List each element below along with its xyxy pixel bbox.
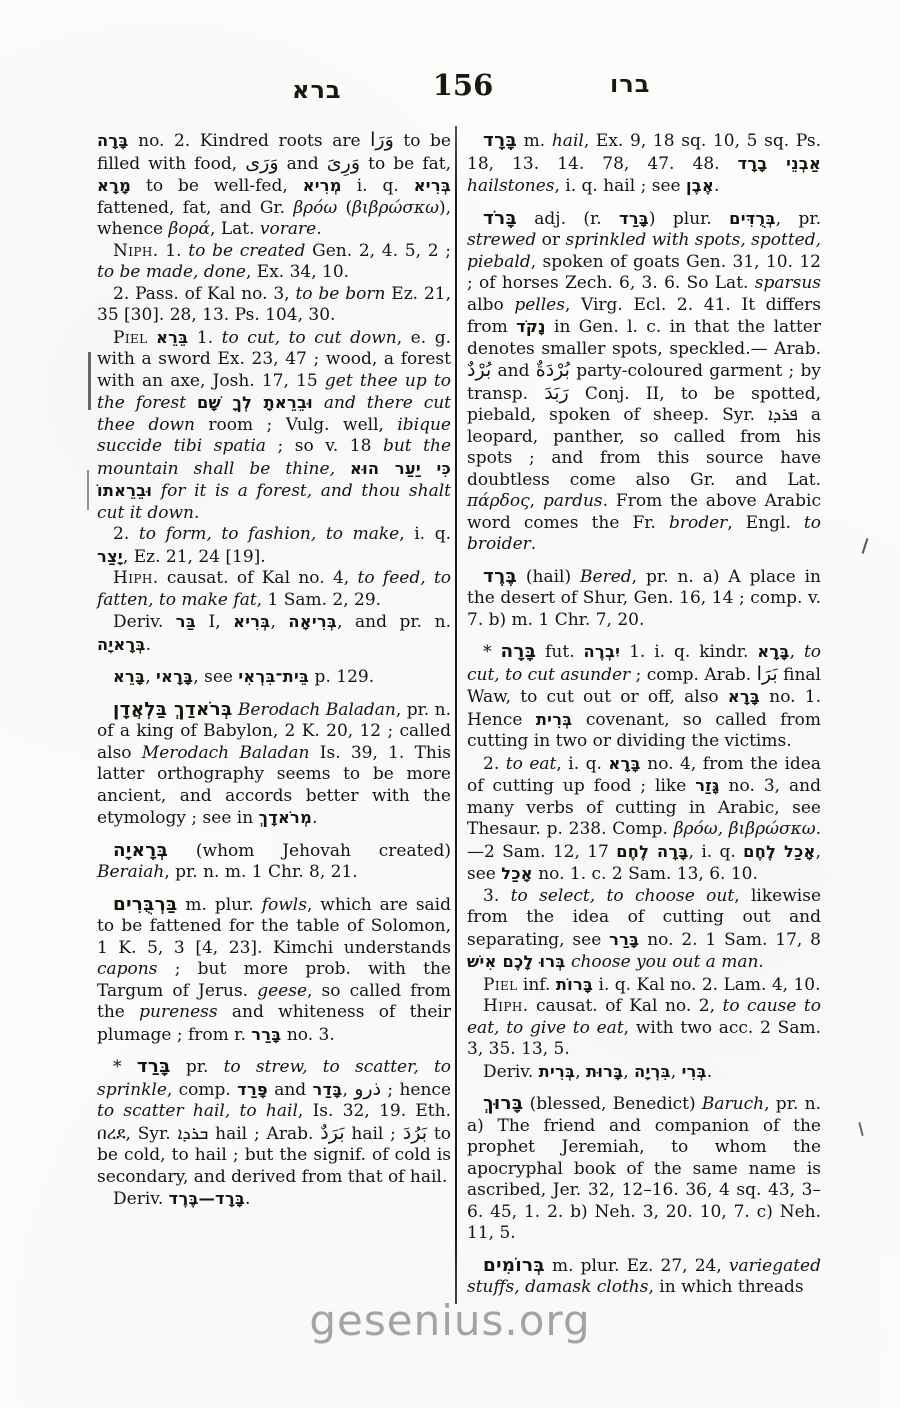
hebrew-text: בָּרָא	[728, 687, 760, 706]
latin-text: to be well-fed,	[131, 176, 303, 196]
italic-text: hailstones	[467, 176, 554, 196]
latin-text: , pr. n. m. 1 Chr. 8, 21.	[164, 862, 357, 882]
smallcaps-text: Niph.	[113, 241, 159, 261]
entry-paragraph: Piel בֵּרֵא 1. to cut, to cut down, e. g…	[97, 327, 451, 525]
latin-text: , Lat.	[210, 219, 260, 239]
latin-text: fattened, fat, and Gr.	[97, 198, 293, 218]
italic-text: Bered	[580, 567, 632, 587]
latin-text: no. 3.	[281, 1025, 334, 1045]
entry-paragraph: Hiph. causat. of Kal no. 2, to cause to …	[467, 996, 821, 1061]
latin-text: adj. (r.	[517, 209, 619, 229]
italic-text: fowls	[262, 895, 307, 915]
hebrew-text: וּבֵרֵאתָ לְךָ שָׁם	[197, 393, 313, 412]
smallcaps-text: Hiph.	[483, 996, 529, 1016]
italic-text: pelles	[514, 295, 565, 315]
italic-text: Beraiah	[97, 862, 164, 882]
latin-text: albo	[467, 295, 514, 315]
hebrew-text: יִבְרֶה	[584, 642, 621, 661]
latin-text: ; comp. Arab.	[630, 665, 756, 685]
latin-text: *	[113, 1057, 137, 1077]
arabic-text: بُرْدَةٌ	[536, 359, 570, 381]
running-head: ברא 156 ברו	[0, 68, 900, 114]
entry-paragraph: 2. Pass. of Kal no. 3, to be born Ez. 21…	[97, 284, 451, 327]
latin-text: no. 1. c. 2 Sam. 13, 6. 10.	[533, 864, 758, 884]
latin-text: ,	[530, 491, 543, 511]
latin-text: , Ex. 34, 10.	[246, 262, 349, 282]
hebrew-headword: בֶּרֶד	[483, 566, 517, 587]
latin-text: (blessed, Benedict)	[523, 1094, 702, 1114]
latin-text: and	[279, 154, 327, 174]
latin-text: ,	[342, 1080, 354, 1100]
latin-text: room ; Vulg. well,	[195, 415, 397, 435]
hebrew-text: בֵּית־בִּרְאִי	[238, 667, 309, 686]
latin-text: 2. Pass. of Kal no. 3,	[113, 284, 295, 304]
latin-text: , i. q. hail ; see	[554, 176, 685, 196]
latin-text: , i. q.	[399, 524, 451, 544]
latin-text: (whom Jehovah created)	[168, 841, 451, 861]
hebrew-headword: בְּרוֹמִים	[483, 1255, 545, 1276]
hebrew-text: בָּרָה	[97, 131, 129, 150]
entry-paragraph: בֶּרֶד (hail) Bered, pr. n. a) A place i…	[467, 566, 821, 632]
latin-text: .	[312, 808, 317, 828]
entry-paragraph: Niph. 1. to be created Gen. 2, 4. 5, 2 ;…	[97, 241, 451, 284]
hebrew-text: בָּרֵא	[113, 667, 145, 686]
latin-text: , Ez. 21, 24 [19].	[123, 547, 266, 567]
latin-text	[148, 328, 157, 348]
hebrew-text: מְרֹאדָךְ	[259, 808, 312, 827]
latin-text: .	[707, 1062, 712, 1082]
scan-artifact	[858, 1122, 863, 1136]
arabic-text: رَبَدَ	[544, 382, 568, 404]
latin-text: 2.	[113, 524, 139, 544]
latin-text	[152, 481, 161, 501]
smallcaps-text: Piel	[113, 328, 148, 348]
hebrew-text: בְּרִיא	[414, 176, 451, 195]
latin-text: p. 129.	[309, 667, 374, 687]
smallcaps-text: Piel	[483, 975, 518, 995]
hebrew-text: בָּרַד	[619, 209, 649, 228]
entry-paragraph: Deriv. בְּרִית, בָּרוּת, בִּרְיָה, בְּרִ…	[467, 1061, 821, 1084]
entry-paragraph: 3. to select, to choose out, likewise fr…	[467, 886, 821, 974]
entry-paragraph: בָּרֹד adj. (r. בָּרַד) plur. בְּרֻדִּים…	[467, 208, 821, 556]
latin-text: causat. of Kal no. 4,	[159, 568, 358, 588]
italic-text: capons	[97, 959, 157, 979]
arabic-text: ذرو	[354, 1078, 381, 1100]
hebrew-text: בָּרָאי	[156, 667, 193, 686]
italic-text: to form, to fashion, to make	[139, 524, 399, 544]
arabic-text: بُرْدٌ	[467, 359, 491, 381]
hebrew-text: בָּרָה לֶחֶם	[616, 842, 688, 861]
left-column: בָּרָה no. 2. Kindred roots are وَرَا to…	[97, 130, 451, 1211]
latin-text: m. plur. Ez. 27, 24,	[545, 1256, 729, 1276]
hebrew-text: אָכַל	[501, 864, 533, 883]
latin-text: hail ;	[345, 1124, 403, 1144]
latin-text: 1.	[159, 241, 189, 261]
latin-text	[313, 393, 324, 413]
hebrew-headword: בְּרֹאדַךְ בַּלְאֲדָן	[113, 699, 232, 720]
latin-text: m.	[517, 131, 552, 151]
latin-text: ,	[145, 667, 156, 687]
latin-text: , pr. n. a) The friend and companion of …	[467, 1094, 821, 1243]
hebrew-text: אֶבֶן	[686, 176, 714, 195]
scan-artifact	[862, 538, 869, 554]
italic-text: vorare	[260, 219, 316, 239]
hebrew-text: נָקֹד	[516, 317, 546, 336]
hebrew-text: בָּרָא	[609, 754, 641, 773]
italic-text: strewed	[467, 230, 536, 250]
latin-text: , i. q.	[556, 754, 608, 774]
hebrew-text: יָצַר	[97, 547, 123, 566]
latin-text: , Syr.	[126, 1124, 178, 1144]
hebrew-text: מְרִיא	[303, 176, 342, 195]
hebrew-text: בְּרוּ לָכֶם אִישׁ	[467, 952, 566, 971]
latin-text: ,	[270, 612, 288, 632]
hebrew-text: פָּרַד	[237, 1080, 268, 1099]
entry-paragraph: בַּרְבֻּרִים m. plur. fowls, which are s…	[97, 894, 451, 1047]
arabic-text: بَرُدَ	[403, 1122, 427, 1144]
page-number: 156	[428, 68, 498, 102]
latin-text: .	[146, 635, 151, 655]
column-divider-rule	[455, 126, 457, 1304]
entry-paragraph: בְּרוֹמִים m. plur. Ez. 27, 24, variegat…	[467, 1255, 821, 1299]
entry-paragraph: בְּרֹאדַךְ בַּלְאֲדָן Berodach Baladan, …	[97, 699, 451, 830]
latin-text: or	[536, 230, 565, 250]
italic-text: Baruch	[702, 1094, 764, 1114]
arabic-text: بَرَدٌ	[320, 1122, 344, 1144]
latin-text: Deriv.	[483, 1062, 539, 1082]
latin-text: ,	[671, 1062, 682, 1082]
italic-text: to select, to choose out	[511, 886, 735, 906]
greek-text: πάρδος	[467, 491, 530, 511]
entry-paragraph: Deriv. בַּר I, בְּרִיא, בְּרִיאָה, and p…	[97, 611, 451, 656]
hebrew-text: בָּרַר	[609, 930, 639, 949]
greek-text: βιβρώσκω	[352, 198, 439, 218]
entry-paragraph: Hiph. causat. of Kal no. 4, to feed, to …	[97, 568, 451, 611]
hebrew-text: בְּרָאיָה	[97, 635, 146, 654]
latin-text: Deriv.	[113, 1189, 169, 1209]
latin-text: .	[714, 176, 719, 196]
italic-text: to be born	[295, 284, 385, 304]
italic-text: geese	[257, 981, 307, 1001]
latin-text: , Engl.	[727, 513, 804, 533]
latin-text: ,	[790, 642, 804, 662]
latin-text: *	[483, 642, 500, 662]
hebrew-text: בֵּרֵא	[156, 328, 188, 347]
entry-paragraph: 2. to eat, i. q. בָּרָא no. 4, from the …	[467, 753, 821, 886]
latin-text: ,	[575, 1062, 586, 1082]
scan-artifact	[88, 352, 91, 410]
latin-text: .	[245, 1189, 250, 1209]
hebrew-text: בָּרָד—בֶּרֶד	[169, 1189, 245, 1208]
foreign-script-text: ܦܪܕܐ	[768, 405, 798, 425]
entry-paragraph: בָּרֵא, בָּרָאי, see בֵּית־בִּרְאִי p. 1…	[97, 666, 451, 689]
latin-text: 1.	[188, 328, 221, 348]
hebrew-text: בָּרוּת	[586, 1062, 623, 1081]
entry-paragraph: בָּרָד m. hail, Ex. 9, 18 sq. 10, 5 sq. …	[467, 130, 821, 198]
entry-paragraph: בְּרָאיָה (whom Jehovah created) Beraiah…	[97, 840, 451, 884]
hebrew-text: בְּרֻדִּים	[729, 209, 776, 228]
entry-paragraph: Deriv. בָּרָד—בֶּרֶד.	[97, 1188, 451, 1211]
italic-text: Berodach Baladan	[238, 700, 396, 720]
latin-text: .	[316, 219, 321, 239]
latin-text: ) plur.	[649, 209, 729, 229]
latin-text: , comp.	[167, 1080, 237, 1100]
hebrew-text: בָּרוֹת	[556, 975, 593, 994]
latin-text: i. q.	[342, 176, 414, 196]
latin-text: , i. q.	[689, 842, 744, 862]
hebrew-headword: בָּרָה	[500, 641, 536, 662]
hebrew-text: אָכַל לֶחֶם	[743, 842, 815, 861]
greek-text: βρόω, βιβρώσκω	[674, 819, 816, 839]
hebrew-text: בָּרַר	[251, 1025, 281, 1044]
hebrew-text: בְּרִיאָה	[288, 612, 337, 631]
scanned-lexicon-page: { "header": { "left_keyword": "ברא", "pa…	[0, 0, 900, 1408]
latin-text: Gen. 2, 4. 5, 2 ;	[305, 241, 451, 261]
hebrew-text: מָרָא	[97, 176, 131, 195]
italic-text: to scatter hail, to hail	[97, 1101, 298, 1121]
italic-text: to be created	[188, 241, 305, 261]
greek-text: βρόω	[293, 198, 337, 218]
italic-text: broder	[669, 513, 727, 533]
entry-paragraph: * בָּרַד pr. to strew, to scatter, to sp…	[97, 1056, 451, 1188]
arabic-text: وَرِىَ	[327, 152, 360, 174]
latin-text: no. 2. 1 Sam. 17, 8	[639, 930, 821, 950]
hebrew-text: אַבְנֵי בָרָד	[738, 154, 821, 173]
latin-text	[186, 393, 197, 413]
latin-text: I,	[196, 612, 233, 632]
latin-text: , in which threads	[648, 1277, 803, 1297]
latin-text: and	[491, 361, 535, 381]
italic-text: to be made, done	[97, 262, 246, 282]
italic-text: pureness	[139, 1002, 217, 1022]
entry-paragraph: * בָּרָה fut. יִבְרֶה 1. i. q. kindr. בָ…	[467, 641, 821, 753]
arabic-text: بَرَا	[757, 663, 778, 685]
latin-text: and	[268, 1080, 313, 1100]
hebrew-text: בְּרִי	[682, 1062, 707, 1081]
latin-text: (	[337, 198, 352, 218]
latin-text: , pr.	[776, 209, 821, 229]
latin-text: , 1 Sam. 2, 29.	[257, 590, 381, 610]
arabic-text: وَرَا	[370, 129, 394, 151]
latin-text: ; so v. 18	[266, 436, 383, 456]
italic-text: choose you out a man.	[571, 952, 764, 972]
latin-text: .	[531, 534, 536, 554]
latin-text: 3.	[483, 886, 511, 906]
latin-text: ; hence	[381, 1080, 451, 1100]
latin-text: 1. i. q. kindr.	[620, 642, 757, 662]
latin-text: no. 2. Kindred roots are	[129, 131, 371, 151]
entry-paragraph: בָּרוּךְ (blessed, Benedict) Baruch, pr.…	[467, 1093, 821, 1245]
latin-text: causat. of Kal no. 2,	[529, 996, 723, 1016]
latin-text: pr.	[171, 1057, 224, 1077]
smallcaps-text: Hiph.	[113, 568, 159, 588]
italic-text: Merodach Baladan	[142, 743, 310, 763]
latin-text: , Is. 32, 19. Eth.	[298, 1101, 451, 1121]
latin-text: Deriv.	[113, 612, 176, 632]
hebrew-headword: בָּרַד	[137, 1056, 171, 1077]
running-head-right-keyword: ברו	[610, 70, 650, 98]
latin-text: fut.	[536, 642, 583, 662]
latin-text: to be fat,	[360, 154, 451, 174]
latin-text: , see	[193, 667, 238, 687]
italic-text: sparsus	[755, 273, 821, 293]
hebrew-text: בְּרִית	[539, 1062, 576, 1081]
hebrew-text: בָּדַר	[313, 1080, 343, 1099]
hebrew-headword: בָּרָד	[483, 130, 517, 151]
entry-paragraph: 2. to form, to fashion, to make, i. q. י…	[97, 524, 451, 568]
entry-paragraph: Piel inf. בָּרוֹת i. q. Kal no. 2. Lam. …	[467, 974, 821, 997]
latin-text: (hail)	[517, 567, 580, 587]
italic-text: hail	[552, 131, 584, 151]
hebrew-text: בְּרִית	[536, 710, 573, 729]
hebrew-headword: בָּרֹד	[483, 208, 517, 229]
arabic-text: وَرَى	[245, 152, 278, 174]
latin-text: inf.	[518, 975, 556, 995]
latin-text	[335, 459, 350, 479]
latin-text: , and pr. n.	[337, 612, 451, 632]
italic-text: pardus	[543, 491, 603, 511]
hebrew-text: בִּרְיָה	[634, 1062, 671, 1081]
foreign-script-text: በረደ	[97, 1124, 126, 1144]
right-column: בָּרָד m. hail, Ex. 9, 18 sq. 10, 5 sq. …	[467, 130, 821, 1299]
latin-text: ,	[623, 1062, 634, 1082]
watermark-text: gesenius.org	[0, 1296, 900, 1345]
running-head-left-keyword: ברא	[292, 76, 342, 104]
latin-text: 2.	[483, 754, 506, 774]
hebrew-headword: בְּרָאיָה	[113, 840, 168, 861]
italic-text: to eat	[506, 754, 557, 774]
entry-paragraph: בָּרָה no. 2. Kindred roots are وَرَا to…	[97, 130, 451, 241]
hebrew-text: בְּרִיא	[233, 612, 270, 631]
greek-text: βορά	[169, 219, 211, 239]
hebrew-text: בַּר	[176, 612, 196, 631]
latin-text: m. plur.	[178, 895, 262, 915]
hebrew-text: גָּזַר	[695, 776, 719, 795]
latin-text: i. q. Kal no. 2. Lam. 4, 10.	[593, 975, 820, 995]
hebrew-headword: בַּרְבֻּרִים	[113, 894, 178, 915]
foreign-script-text: ܒܪܕܐ	[178, 1124, 209, 1144]
italic-text: to cut, to cut down	[222, 328, 397, 348]
hebrew-text: בָּרָא	[757, 642, 789, 661]
hebrew-headword: בָּרוּךְ	[483, 1093, 523, 1114]
latin-text: hail ; Arab.	[208, 1124, 320, 1144]
scan-artifact	[87, 470, 89, 510]
